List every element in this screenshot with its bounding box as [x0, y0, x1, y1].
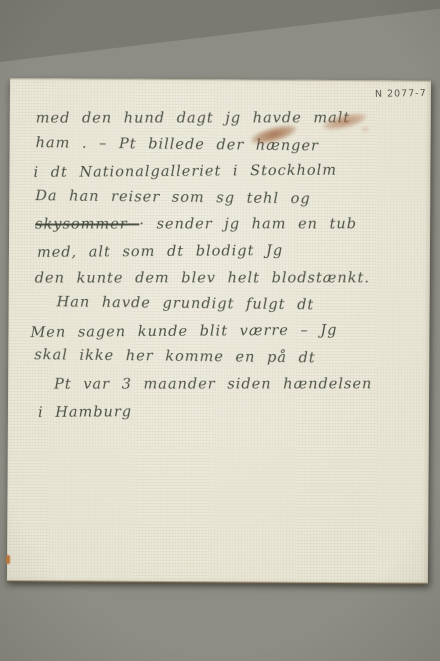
- line-text: i Hamburg: [38, 404, 132, 421]
- line-text: skal ikke her komme en på dt: [34, 347, 316, 366]
- line-text: · sender jg ham en tub: [139, 217, 357, 233]
- line-text: Han havde grundigt fulgt dt: [57, 294, 315, 313]
- handwritten-line: Han havde grundigt fulgt dt: [56, 289, 429, 320]
- line-text: Pt var 3 maander siden hændelsen: [54, 376, 372, 392]
- handwritten-line: skal ikke her komme en på dt: [34, 342, 429, 373]
- handwritten-line: Da han reiser som sg tehl og: [35, 183, 430, 214]
- letter-page: N 2077-7 med den hund dagt jg havde malt…: [7, 78, 431, 584]
- backdrop-top-shadow: [0, 0, 440, 62]
- handwriting: med den hund dagt jg havde maltham . – P…: [8, 104, 431, 426]
- handwritten-line: den kunte dem blev helt blodstænkt.: [35, 265, 430, 292]
- line-text: Men sagen kunde blit værre – Jg: [30, 322, 337, 340]
- paper-edge-fleck: [6, 555, 10, 564]
- handwritten-line: skysommer · sender jg ham en tub: [35, 212, 430, 239]
- handwritten-line: Pt var 3 maander siden hændelsen: [54, 371, 429, 398]
- line-text: den kunte dem blev helt blodstænkt.: [35, 270, 370, 286]
- line-text: med den hund dagt jg havde malt: [36, 110, 350, 126]
- handwritten-line: i dt Nationalgalleriet i Stockholm: [33, 157, 430, 187]
- photo-backdrop: N 2077-7 med den hund dagt jg havde malt…: [0, 0, 440, 661]
- line-text: ham . – Pt billede der hænger: [36, 135, 320, 154]
- struck-out-word: skysommer: [35, 217, 139, 233]
- line-text: med, alt som dt blodigt Jg: [37, 243, 283, 261]
- handwritten-line: ham . – Pt billede der hænger: [35, 130, 430, 161]
- handwritten-line: med, alt som dt blodigt Jg: [37, 237, 430, 267]
- handwritten-line: i Hamburg: [38, 396, 429, 426]
- line-text: i dt Nationalgalleriet i Stockholm: [33, 163, 337, 181]
- handwritten-line: med den hund dagt jg havde malt: [36, 105, 431, 132]
- line-text: Da han reiser som sg tehl og: [35, 188, 311, 207]
- archive-number-label: N 2077-7: [375, 88, 427, 100]
